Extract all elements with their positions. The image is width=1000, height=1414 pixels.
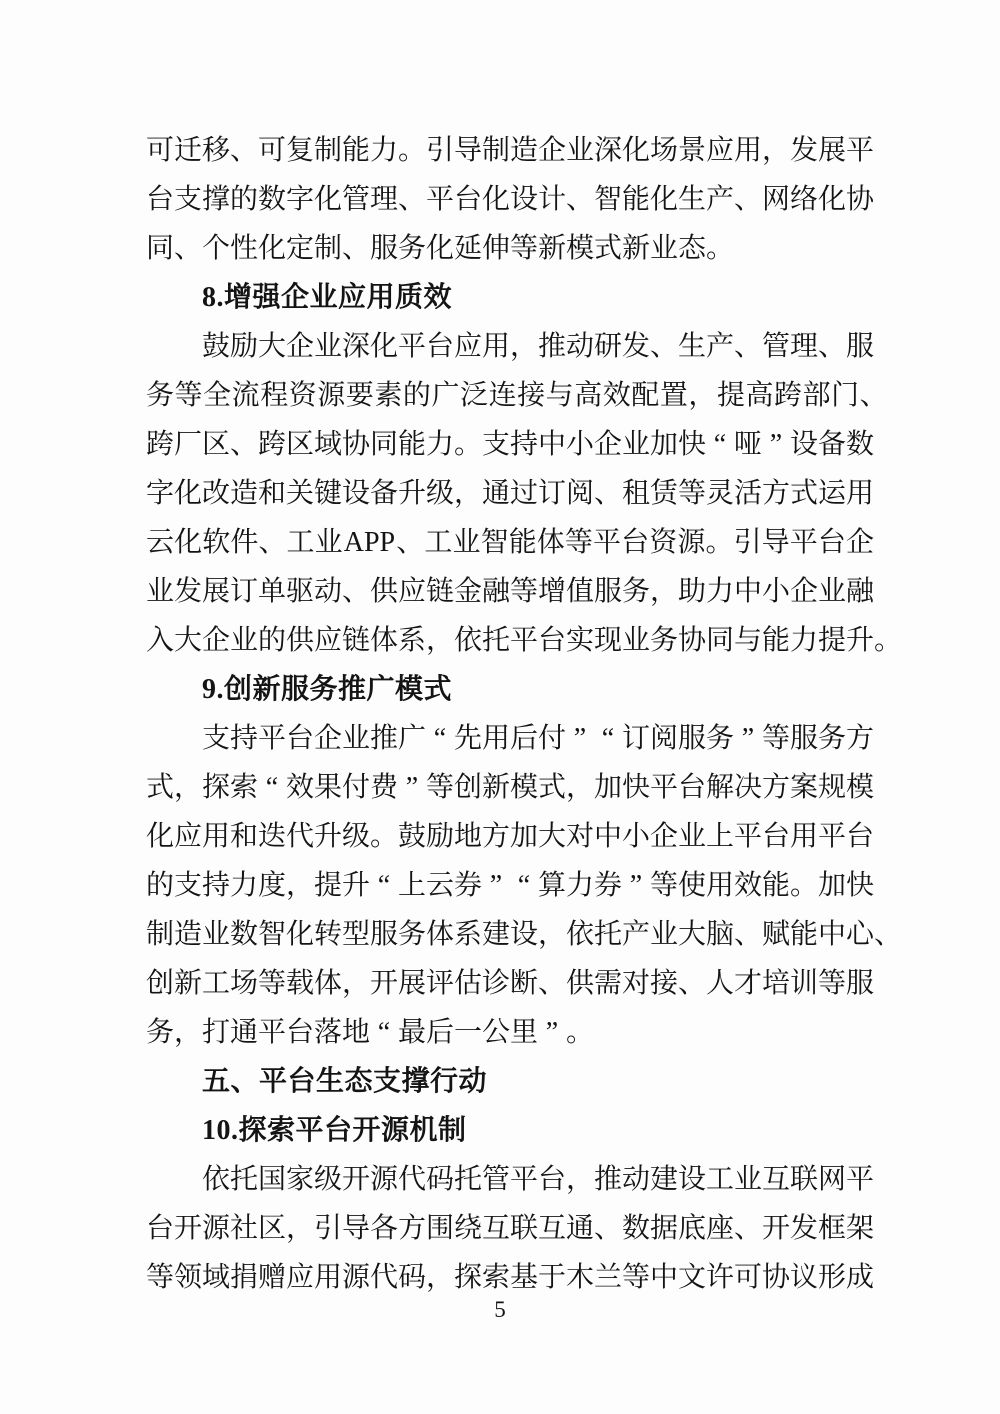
glyph: 探 <box>202 763 230 812</box>
glyph: 造 <box>174 910 202 959</box>
glyph: 、 <box>594 469 622 518</box>
glyph: 导 <box>454 126 482 175</box>
glyph: 计 <box>538 175 566 224</box>
glyph: 平 <box>258 714 286 763</box>
glyph: ， <box>174 1008 202 1057</box>
glyph: 新 <box>538 224 566 273</box>
glyph: 服 <box>790 714 818 763</box>
glyph: 金 <box>454 567 482 616</box>
glyph: 加 <box>818 861 846 910</box>
glyph: 务 <box>818 714 846 763</box>
glyph: 开 <box>342 1155 370 1204</box>
glyph: ” <box>762 420 790 469</box>
glyph: 台 <box>286 1008 314 1057</box>
glyph: 制 <box>146 910 174 959</box>
glyph: 平 <box>258 1008 286 1057</box>
glyph: 支 <box>202 714 230 763</box>
glyph: 和 <box>258 469 286 518</box>
glyph: 费 <box>370 763 398 812</box>
glyph: 方 <box>398 1204 426 1253</box>
glyph: ” <box>482 861 510 910</box>
glyph: 索 <box>230 763 258 812</box>
glyph: 产 <box>706 175 734 224</box>
glyph: 台 <box>762 812 790 861</box>
glyph: 等 <box>510 224 538 273</box>
glyph: 域 <box>314 420 342 469</box>
glyph: 制 <box>314 224 342 273</box>
text-line: 的支持力度，提升“上云券”“算力券”等使用效能。加快 <box>146 861 874 910</box>
glyph: 各 <box>370 1204 398 1253</box>
glyph: 务 <box>398 224 426 273</box>
glyph: 服 <box>846 959 874 1008</box>
glyph: 智 <box>258 910 286 959</box>
glyph: 励 <box>230 322 258 371</box>
glyph: 门 <box>831 371 859 420</box>
text-line: 云化软件、工业APP、工业智能体等平台资源。引导平台企 <box>146 518 874 567</box>
glyph: 租 <box>622 469 650 518</box>
glyph: 协 <box>846 175 874 224</box>
glyph: 建 <box>650 1155 678 1204</box>
glyph: 底 <box>678 1204 706 1253</box>
glyph: 算 <box>538 861 566 910</box>
glyph: 融 <box>482 567 510 616</box>
glyph: 造 <box>230 469 258 518</box>
heading-line: 8.增强企业应用质效 <box>146 273 874 322</box>
glyph: 落 <box>314 1008 342 1057</box>
glyph: 融 <box>846 567 874 616</box>
glyph: 导 <box>762 518 790 567</box>
glyph: ， <box>538 910 566 959</box>
glyph: 、 <box>650 322 678 371</box>
glyph: 能 <box>622 175 650 224</box>
glyph: 阅 <box>650 714 678 763</box>
glyph: 决 <box>734 763 762 812</box>
glyph: 能 <box>398 420 426 469</box>
glyph: 务 <box>622 567 650 616</box>
glyph: 深 <box>342 322 370 371</box>
glyph: 台 <box>538 616 566 665</box>
glyph: 场 <box>650 126 678 175</box>
glyph: 代 <box>398 1155 426 1204</box>
glyph: 效 <box>734 861 762 910</box>
glyph: ” <box>622 861 650 910</box>
glyph: 式 <box>594 224 622 273</box>
glyph: 设 <box>342 469 370 518</box>
glyph: 企 <box>650 812 678 861</box>
glyph: 业 <box>342 714 370 763</box>
glyph: 化 <box>258 224 286 273</box>
glyph: 迭 <box>258 812 286 861</box>
glyph: 件 <box>230 518 258 567</box>
glyph: 依 <box>454 616 482 665</box>
glyph: “ <box>370 1008 398 1057</box>
glyph: 制 <box>482 126 510 175</box>
glyph: 驱 <box>286 567 314 616</box>
text-line: 字化改造和关键设备升级，通过订阅、租赁等灵活方式运用 <box>146 469 874 518</box>
glyph: “ <box>370 861 398 910</box>
glyph: 、 <box>342 567 370 616</box>
glyph: 公 <box>482 1008 510 1057</box>
glyph: 可 <box>258 126 286 175</box>
glyph: 全 <box>203 371 231 420</box>
glyph: 区 <box>258 1204 286 1253</box>
glyph: 化 <box>622 126 650 175</box>
glyph: 同 <box>370 420 398 469</box>
glyph: 系 <box>398 616 426 665</box>
glyph: 上 <box>706 812 734 861</box>
glyph: 型 <box>342 910 370 959</box>
glyph: 广 <box>398 714 426 763</box>
glyph: 最 <box>398 1008 426 1057</box>
glyph: 区 <box>286 420 314 469</box>
glyph: 力 <box>426 420 454 469</box>
glyph: 服 <box>370 224 398 273</box>
glyph: 、 <box>860 371 874 420</box>
glyph: 地 <box>454 812 482 861</box>
glyph: 的 <box>403 371 431 420</box>
glyph: 化 <box>286 910 314 959</box>
glyph: 级 <box>426 469 454 518</box>
glyph: 赋 <box>762 910 790 959</box>
glyph: 使 <box>678 861 706 910</box>
glyph: 式 <box>790 469 818 518</box>
glyph: 软 <box>202 518 230 567</box>
glyph: 智 <box>594 175 622 224</box>
glyph: 式 <box>538 763 566 812</box>
glyph: ， <box>286 861 314 910</box>
glyph: 业 <box>622 616 650 665</box>
glyph: 能 <box>762 616 790 665</box>
glyph: 同 <box>146 224 174 273</box>
glyph: 性 <box>230 224 258 273</box>
glyph: ， <box>762 126 790 175</box>
glyph: 码 <box>426 1155 454 1204</box>
glyph: 企 <box>790 567 818 616</box>
glyph: 果 <box>314 763 342 812</box>
glyph: 。 <box>790 861 818 910</box>
glyph: 社 <box>230 1204 258 1253</box>
glyph: 券 <box>594 861 622 910</box>
glyph: 。 <box>874 616 888 665</box>
glyph: 创 <box>454 763 482 812</box>
glyph: 阅 <box>566 469 594 518</box>
page-number: 5 <box>0 1295 1000 1325</box>
glyph: 规 <box>818 763 846 812</box>
glyph: ， <box>510 322 538 371</box>
glyph: 源 <box>202 1204 230 1253</box>
glyph: 跨 <box>146 420 174 469</box>
glyph: 架 <box>846 1204 874 1253</box>
glyph: 升 <box>846 616 874 665</box>
glyph: 一 <box>454 1008 482 1057</box>
glyph: 等 <box>565 518 593 567</box>
glyph: 、 <box>398 175 426 224</box>
glyph: 等 <box>650 861 678 910</box>
glyph: 打 <box>202 1008 230 1057</box>
glyph: 、 <box>174 224 202 273</box>
glyph: 化 <box>370 322 398 371</box>
glyph: 部 <box>803 371 831 420</box>
glyph: 活 <box>734 469 762 518</box>
glyph: 引 <box>734 518 762 567</box>
glyph: 应 <box>706 126 734 175</box>
glyph: 发 <box>174 567 202 616</box>
glyph: 业 <box>650 910 678 959</box>
glyph: 企 <box>594 420 622 469</box>
glyph: 等 <box>818 959 846 1008</box>
glyph: “ <box>594 714 622 763</box>
glyph: 快 <box>622 763 650 812</box>
glyph: 化 <box>482 175 510 224</box>
glyph: 字 <box>286 175 314 224</box>
glyph: 、 <box>396 518 424 567</box>
glyph: 等 <box>175 371 203 420</box>
glyph: 方 <box>762 763 790 812</box>
glyph: 等 <box>426 763 454 812</box>
glyph: “ <box>510 861 538 910</box>
glyph: 培 <box>762 959 790 1008</box>
glyph: 数 <box>230 910 258 959</box>
text-line: 务等全流程资源要素的广泛连接与高效配置，提高跨部门、 <box>146 371 874 420</box>
glyph: 发 <box>790 126 818 175</box>
glyph: 国 <box>258 1155 286 1204</box>
glyph: 键 <box>314 469 342 518</box>
glyph: 跨 <box>774 371 802 420</box>
glyph: 平 <box>593 518 621 567</box>
glyph: 务 <box>146 371 174 420</box>
glyph: ” <box>398 763 426 812</box>
glyph: 泛 <box>460 371 488 420</box>
text-line: 业发展订单驱动、供应链金融等增值服务，助力中小企业融 <box>146 567 874 616</box>
glyph: 网 <box>818 1155 846 1204</box>
glyph: 持 <box>202 861 230 910</box>
glyph: 赁 <box>650 469 678 518</box>
glyph: 力 <box>706 567 734 616</box>
glyph: 业 <box>146 567 174 616</box>
glyph: 里 <box>510 1008 538 1057</box>
glyph: 方 <box>762 469 790 518</box>
glyph: 励 <box>426 812 454 861</box>
glyph: 设 <box>510 910 538 959</box>
glyph: 业 <box>315 518 343 567</box>
glyph: 业 <box>650 224 678 273</box>
glyph: 业 <box>314 322 342 371</box>
glyph: 等 <box>678 469 706 518</box>
text-line: 务，打通平台落地“最后一公里”。 <box>146 1008 874 1057</box>
glyph: 可 <box>146 126 174 175</box>
glyph: 订 <box>230 567 258 616</box>
glyph: 支 <box>174 861 202 910</box>
glyph: 先 <box>454 714 482 763</box>
glyph: 云 <box>146 518 174 567</box>
glyph: 地 <box>342 1008 370 1057</box>
text-line: 化应用和迭代升级。鼓励地方加大对中小企业上平台用平台 <box>146 812 874 861</box>
glyph: 企 <box>314 714 342 763</box>
glyph: 托 <box>454 1155 482 1204</box>
glyph: 订 <box>538 469 566 518</box>
glyph: 要 <box>346 371 374 420</box>
glyph: 托 <box>230 1155 258 1204</box>
glyph: 互 <box>538 1204 566 1253</box>
glyph: 能 <box>509 518 537 567</box>
heading-line: 五、平台生态支撑行动 <box>146 1057 874 1106</box>
glyph: 。 <box>398 126 426 175</box>
glyph: 支 <box>174 175 202 224</box>
glyph: 转 <box>314 910 342 959</box>
glyph: 平 <box>734 812 762 861</box>
glyph: 加 <box>650 420 678 469</box>
glyph: 用 <box>734 126 762 175</box>
glyph: 协 <box>678 616 706 665</box>
glyph: 发 <box>622 322 650 371</box>
glyph: 案 <box>790 763 818 812</box>
glyph: 付 <box>538 714 566 763</box>
glyph: 、 <box>874 910 888 959</box>
glyph: 效 <box>603 371 631 420</box>
glyph: 平 <box>846 126 874 175</box>
glyph: 通 <box>230 1008 258 1057</box>
glyph: 开 <box>762 1204 790 1253</box>
glyph: 化 <box>174 469 202 518</box>
glyph: 力 <box>790 616 818 665</box>
glyph: 系 <box>454 910 482 959</box>
glyph: 大 <box>258 322 286 371</box>
glyph: 级 <box>314 1155 342 1204</box>
glyph: 大 <box>174 616 202 665</box>
glyph: 加 <box>594 763 622 812</box>
glyph: 台 <box>678 763 706 812</box>
glyph: 式 <box>146 763 174 812</box>
glyph: 、 <box>818 322 846 371</box>
glyph: 围 <box>426 1204 454 1253</box>
glyph: 开 <box>370 959 398 1008</box>
glyph: 模 <box>510 763 538 812</box>
glyph: 台 <box>146 175 174 224</box>
glyph: 企 <box>202 616 230 665</box>
glyph: 鼓 <box>202 322 230 371</box>
glyph: 人 <box>706 959 734 1008</box>
glyph: 企 <box>846 518 874 567</box>
glyph: 发 <box>790 1204 818 1253</box>
glyph: 用 <box>846 469 874 518</box>
glyph: 快 <box>678 420 706 469</box>
glyph: 提 <box>818 616 846 665</box>
glyph: 引 <box>314 1204 342 1253</box>
glyph: 数 <box>622 1204 650 1253</box>
glyph: 加 <box>510 812 538 861</box>
glyph: 度 <box>258 861 286 910</box>
glyph: 链 <box>426 567 454 616</box>
glyph: 。 <box>706 224 734 273</box>
glyph: 方 <box>846 714 874 763</box>
glyph: 订 <box>622 714 650 763</box>
glyph: 提 <box>717 371 745 420</box>
glyph: 的 <box>258 616 286 665</box>
glyph: 备 <box>818 420 846 469</box>
glyph: 模 <box>566 224 594 273</box>
glyph: 关 <box>286 469 314 518</box>
glyph: 工 <box>287 518 315 567</box>
glyph: 快 <box>846 861 874 910</box>
glyph: 配 <box>631 371 659 420</box>
glyph: 方 <box>482 812 510 861</box>
text-line: 式，探索“效果付费”等创新模式，加快平台解决方案规模 <box>146 763 874 812</box>
glyph: 设 <box>790 420 818 469</box>
glyph: 业 <box>566 126 594 175</box>
glyph: 化 <box>174 518 202 567</box>
glyph: 灵 <box>706 469 734 518</box>
glyph: ， <box>342 959 370 1008</box>
glyph: 互 <box>762 1155 790 1204</box>
glyph: 企 <box>286 322 314 371</box>
glyph: 新 <box>174 959 202 1008</box>
glyph: 实 <box>566 616 594 665</box>
text-line: 创新工场等载体，开展评估诊断、供需对接、人才培训等服 <box>146 959 874 1008</box>
glyph: 对 <box>566 812 594 861</box>
glyph: 景 <box>678 126 706 175</box>
glyph: 展 <box>818 126 846 175</box>
glyph: 管 <box>762 322 790 371</box>
glyph: 联 <box>510 1204 538 1253</box>
glyph: “ <box>426 714 454 763</box>
glyph: 力 <box>370 126 398 175</box>
glyph: 鼓 <box>398 812 426 861</box>
glyph: 的 <box>230 175 258 224</box>
glyph: 助 <box>678 567 706 616</box>
glyph: 哑 <box>734 420 762 469</box>
glyph: 等 <box>258 959 286 1008</box>
glyph: 理 <box>790 322 818 371</box>
glyph: 延 <box>454 224 482 273</box>
glyph: 资 <box>289 371 317 420</box>
glyph: 大 <box>538 812 566 861</box>
glyph: 应 <box>454 322 482 371</box>
glyph: 企 <box>538 126 566 175</box>
glyph: ， <box>566 1155 594 1204</box>
glyph: 服 <box>594 567 622 616</box>
glyph: 智 <box>481 518 509 567</box>
glyph: 接 <box>650 959 678 1008</box>
glyph: 平 <box>790 518 818 567</box>
glyph: 依 <box>566 910 594 959</box>
glyph: 升 <box>342 861 370 910</box>
glyph: 生 <box>678 175 706 224</box>
glyph: 台 <box>426 322 454 371</box>
glyph: 服 <box>846 322 874 371</box>
glyph: 建 <box>482 910 510 959</box>
glyph: 后 <box>426 1008 454 1057</box>
glyph: 中 <box>594 812 622 861</box>
glyph: 撑 <box>202 175 230 224</box>
glyph: 应 <box>314 616 342 665</box>
glyph: 券 <box>454 861 482 910</box>
text-line: 台支撑的数字化管理、平台化设计、智能化生产、网络化协 <box>146 175 874 224</box>
glyph: 台 <box>818 518 846 567</box>
glyph: 厂 <box>174 420 202 469</box>
heading-line: 9.创新服务推广模式 <box>146 665 874 714</box>
glyph: 力 <box>230 861 258 910</box>
glyph: 与 <box>734 616 762 665</box>
glyph: 化 <box>650 175 678 224</box>
glyph: 数 <box>258 175 286 224</box>
glyph: 理 <box>370 175 398 224</box>
glyph: 提 <box>314 861 342 910</box>
glyph: 平 <box>846 1155 874 1204</box>
glyph: 流 <box>232 371 260 420</box>
glyph: 创 <box>146 959 174 1008</box>
glyph: 业 <box>818 567 846 616</box>
glyph: 等 <box>510 567 538 616</box>
